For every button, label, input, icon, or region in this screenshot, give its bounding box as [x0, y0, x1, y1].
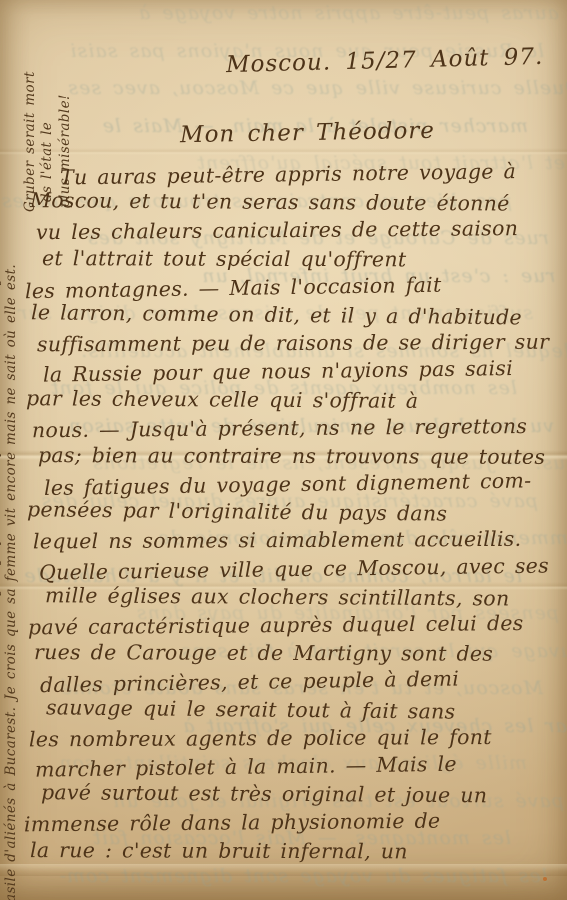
letter-line: la Russie pour que nous n'ayions pas sai…	[43, 356, 559, 391]
letter-page: Tu auras peut-être appris notre voyage à…	[0, 0, 567, 900]
margin-note-line: J'ai rencontré ici un médecin roumain de…	[0, 3, 2, 900]
dateline: Moscou. 15/27 Août 97.	[226, 44, 544, 78]
paper-speck	[543, 877, 547, 881]
margin-note-line: asile d'aliénés à Bucarest. Je crois que…	[3, 52, 19, 900]
letter-line: vu les chaleurs caniculaires de cette sa…	[36, 216, 559, 249]
letter-line: lequel ns sommes si aimablement accueill…	[33, 527, 559, 558]
letter-body: Tu auras peut-être appris notre voyage à…	[24, 162, 559, 867]
letter-line: nous. — Jusqu'à présent, ns ne le regret…	[32, 413, 559, 446]
bleedthrough-line: Tu auras peut-être appris notre voyage à	[138, 2, 567, 24]
letter-line: par les cheveux celle qui s'offrait à	[26, 386, 559, 418]
letter-line: le larron, comme on dit, et il y a d'hab…	[31, 300, 559, 334]
letter-line: pavé caractéristique auprès duquel celui…	[28, 611, 559, 644]
letter-line: mille églises aux clochers scintillants,…	[45, 583, 559, 615]
fold-crease	[0, 148, 567, 155]
salutation: Mon cher Théodore	[180, 118, 435, 148]
bleedthrough-line: Quelle curieuse ville que ce Moscou, ave…	[67, 77, 567, 99]
letter-line: la rue : c'est un bruit infernal, un	[30, 838, 559, 868]
letter-line: immense rôle dans la physionomie de	[24, 808, 559, 841]
letter-line: sauvage qui le serait tout à fait sans	[46, 695, 559, 729]
